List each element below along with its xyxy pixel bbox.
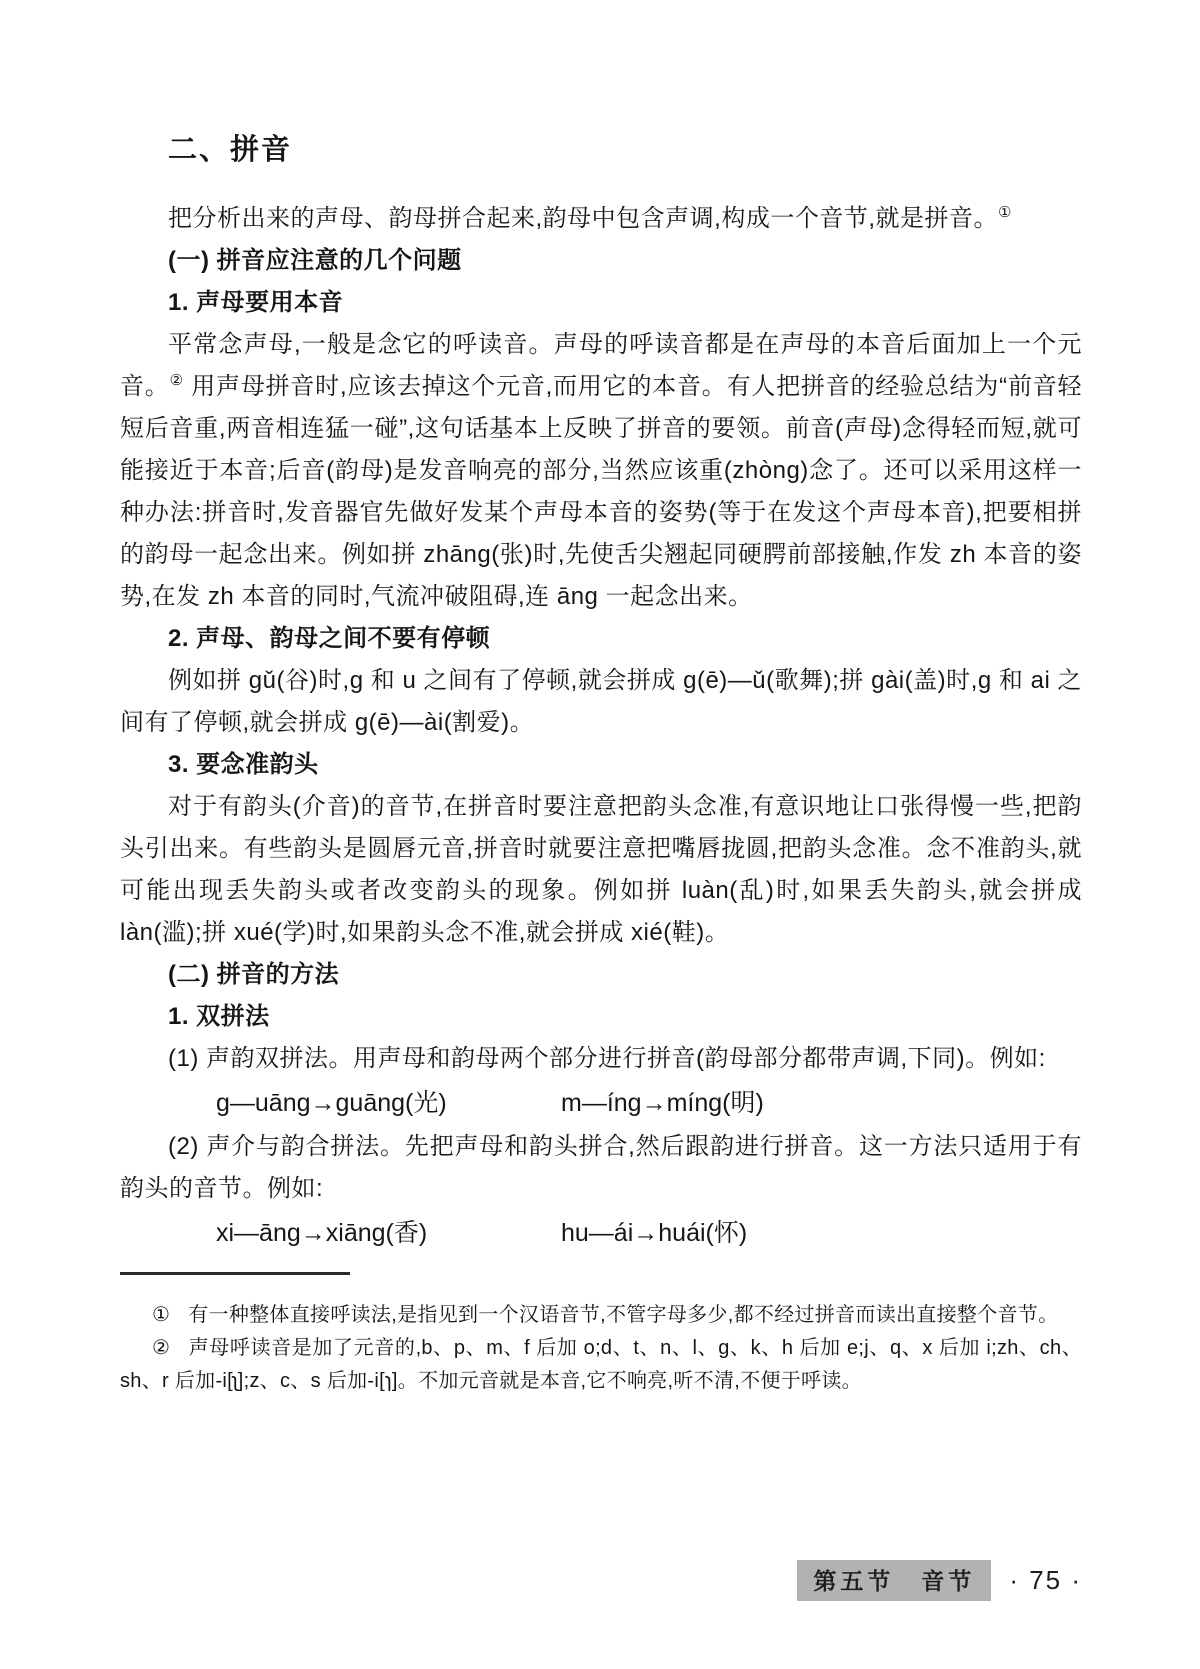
point-1-paragraph: 平常念声母,一般是念它的呼读音。声母的呼读音都是在声母的本音后面加上一个元音。②…	[120, 324, 1082, 618]
pinyin-example-xiang: xi—āng→xiāng(香)	[216, 1212, 561, 1254]
footer-page-number: · 75 ·	[1009, 1565, 1082, 1596]
point-3-heading: 3. 要念准韵头	[168, 744, 1082, 786]
intro-text: 把分析出来的声母、韵母拼合起来,韵母中包含声调,构成一个音节,就是拼音。	[168, 205, 998, 232]
point-1-heading: 1. 声母要用本音	[168, 282, 1082, 324]
point-3-paragraph: 对于有韵头(介音)的音节,在拼音时要注意把韵头念准,有意识地让口张得慢一些,把韵…	[120, 786, 1082, 954]
footnote-2-text: 声母呼读音是加了元音的,b、p、m、f 后加 o;d、t、n、l、g、k、h 后…	[120, 1337, 1082, 1392]
footnote-ref-1: ①	[998, 204, 1012, 221]
pinyin-example-row-2: xi—āng→xiāng(香) hu—ái→huái(怀)	[216, 1212, 1082, 1254]
point-1-text-post: 用声母拼音时,应该去掉这个元音,而用它的本音。有人把拼音的经验总结为“前音轻短后…	[120, 373, 1082, 610]
footnote-ref-2: ②	[170, 372, 184, 389]
footnote-1-text: 有一种整体直接呼读法,是指见到一个汉语音节,不管字母多少,都不经过拼音而读出直接…	[188, 1304, 1058, 1326]
point-2-paragraph: 例如拼 gǔ(谷)时,g 和 u 之间有了停顿,就会拼成 g(ē)—ǔ(歌舞);…	[120, 660, 1082, 744]
section-heading: 二、拼音	[168, 132, 1082, 168]
pinyin-example-huai: hu—ái→huái(怀)	[561, 1212, 747, 1254]
footnote-separator	[120, 1272, 350, 1275]
footnotes-block: ①有一种整体直接呼读法,是指见到一个汉语音节,不管字母多少,都不经过拼音而读出直…	[120, 1299, 1082, 1398]
subsection-1-heading: (一) 拼音应注意的几个问题	[168, 240, 1082, 282]
textbook-page: 二、拼音 把分析出来的声母、韵母拼合起来,韵母中包含声调,构成一个音节,就是拼音…	[0, 0, 1200, 1669]
page-footer: 第五节 音节 · 75 ·	[797, 1560, 1082, 1601]
pinyin-example-row-1: g—uāng→guāng(光) m—íng→míng(明)	[216, 1082, 1082, 1124]
footnote-2: ②声母呼读音是加了元音的,b、p、m、f 后加 o;d、t、n、l、g、k、h …	[120, 1332, 1082, 1398]
pinyin-example-ming: m—íng→míng(明)	[561, 1082, 764, 1124]
method-1-paragraph: (1) 声韵双拼法。用声母和韵母两个部分进行拼音(韵母部分都带声调,下同)。例如…	[120, 1038, 1082, 1080]
method-section-heading: 1. 双拼法	[168, 996, 1082, 1038]
method-2-paragraph: (2) 声介与韵合拼法。先把声母和韵头拼合,然后跟韵进行拼音。这一方法只适用于有…	[120, 1126, 1082, 1210]
footnote-1: ①有一种整体直接呼读法,是指见到一个汉语音节,不管字母多少,都不经过拼音而读出直…	[120, 1299, 1082, 1332]
footer-section-label: 第五节 音节	[797, 1560, 991, 1601]
footnote-2-marker: ②	[152, 1337, 171, 1359]
point-2-heading: 2. 声母、韵母之间不要有停顿	[168, 618, 1082, 660]
subsection-2-heading: (二) 拼音的方法	[168, 954, 1082, 996]
footnote-1-marker: ①	[152, 1304, 170, 1326]
pinyin-example-guang: g—uāng→guāng(光)	[216, 1082, 561, 1124]
intro-paragraph: 把分析出来的声母、韵母拼合起来,韵母中包含声调,构成一个音节,就是拼音。①	[120, 198, 1082, 240]
